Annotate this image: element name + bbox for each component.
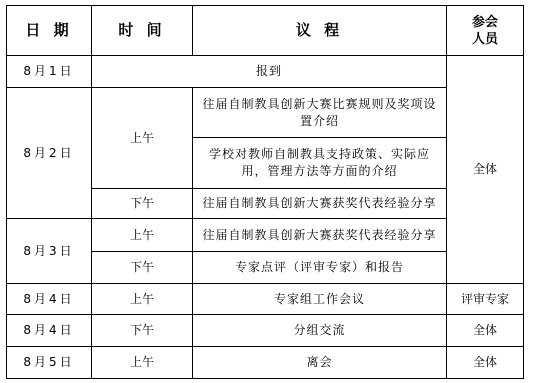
attendees-cell: 全体 <box>447 56 524 284</box>
agenda-cell: 离会 <box>193 347 447 379</box>
agenda-cell: 分组交流 <box>193 315 447 347</box>
header-attendees: 参会人员 <box>447 6 524 56</box>
header-agenda: 议 程 <box>193 6 447 56</box>
time-cell: 上午 <box>92 219 193 252</box>
attendees-cell: 全体 <box>447 347 524 379</box>
table-row: 8月5日 上午 离会 全体 <box>7 347 524 379</box>
header-attendees-line1: 参会 <box>472 15 498 30</box>
time-cell: 下午 <box>92 315 193 347</box>
table-row: 8月4日 上午 专家组工作会议 评审专家 <box>7 284 524 315</box>
table-row: 8月2日 上午 往届自制教具创新大赛比赛规则及奖项设置介绍 <box>7 88 524 138</box>
agenda-cell: 学校对教师自制教具支持政策、实际应用，管理方法等方面的介绍 <box>193 138 447 189</box>
table-row: 8月4日 下午 分组交流 全体 <box>7 315 524 347</box>
header-row: 日 期 时 间 议 程 参会人员 <box>7 6 524 56</box>
time-cell: 上午 <box>92 284 193 315</box>
table-row: 8月3日 上午 往届自制教具创新大赛获奖代表经验分享 <box>7 219 524 252</box>
agenda-cell: 往届自制教具创新大赛获奖代表经验分享 <box>193 219 447 252</box>
agenda-cell: 往届自制教具创新大赛比赛规则及奖项设置介绍 <box>193 88 447 138</box>
attendees-cell: 全体 <box>447 315 524 347</box>
date-cell: 8月1日 <box>7 56 92 88</box>
date-cell: 8月4日 <box>7 284 92 315</box>
time-cell: 上午 <box>92 347 193 379</box>
header-attendees-line2: 人员 <box>472 32 498 47</box>
time-cell: 下午 <box>92 252 193 284</box>
date-cell: 8月5日 <box>7 347 92 379</box>
header-time: 时 间 <box>92 6 193 56</box>
agenda-cell: 专家组工作会议 <box>193 284 447 315</box>
time-cell: 下午 <box>92 189 193 219</box>
attendees-cell: 评审专家 <box>447 284 524 315</box>
agenda-cell: 往届自制教具创新大赛获奖代表经验分享 <box>193 189 447 219</box>
agenda-cell: 专家点评（评审专家）和报告 <box>193 252 447 284</box>
header-date: 日 期 <box>7 6 92 56</box>
time-cell: 上午 <box>92 88 193 189</box>
date-cell: 8月2日 <box>7 88 92 219</box>
agenda-cell: 报到 <box>92 56 447 88</box>
date-cell: 8月4日 <box>7 315 92 347</box>
table-row: 8月1日 报到 全体 <box>7 56 524 88</box>
date-cell: 8月3日 <box>7 219 92 284</box>
meeting-schedule-table: 日 期 时 间 议 程 参会人员 8月1日 报到 全体 8月2日 上午 往届自制… <box>6 5 524 379</box>
